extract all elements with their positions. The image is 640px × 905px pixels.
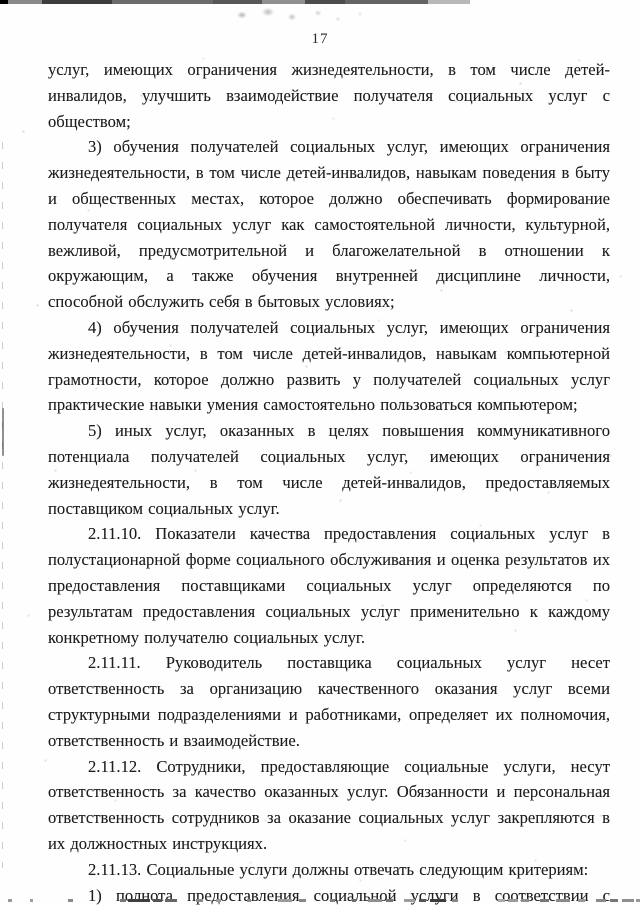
paragraph-clause-2-11-12: 2.11.12. Сотрудники, предоставляющие соц… [48, 754, 610, 857]
scan-artifact-dash [452, 899, 458, 902]
scan-artifact-dash [430, 899, 446, 902]
paragraph-clause-2-11-13: 2.11.13. Социальные услуги должны отвеча… [48, 857, 610, 883]
scan-artifact-dash [610, 899, 618, 902]
scan-artifact-left-margin-dashes [2, 142, 3, 868]
scan-artifact-pencil-smudge [220, 4, 370, 28]
paragraph-clause-2-11-11: 2.11.11. Руководитель поставщика социаль… [48, 650, 610, 753]
scan-artifact-dash [404, 899, 415, 902]
paragraph-item-4: 4) обучения получателей социальных услуг… [48, 315, 610, 418]
scan-artifact-dash [30, 899, 33, 902]
paragraph-continuation: услуг, имеющих ограничения жизнедеятельн… [48, 57, 610, 134]
scan-artifact-dash [352, 899, 356, 902]
scan-artifact-dash [386, 899, 393, 902]
paragraph-clause-2-11-10: 2.11.10. Показатели качества предоставле… [48, 521, 610, 650]
scan-artifact-dash [636, 899, 640, 902]
scan-artifact-dash [556, 899, 570, 902]
scan-artifact-dash [216, 899, 221, 902]
scanned-document-page: 17 услуг, имеющих ограничения жизнедеяте… [0, 0, 640, 905]
scan-artifact-dash [521, 899, 529, 902]
scan-artifact-dash [120, 899, 126, 902]
scan-artifact-left-margin-mark [2, 408, 4, 456]
scan-artifact-dash [622, 899, 634, 902]
scan-artifact-dash [68, 899, 73, 902]
scan-artifact-dash [578, 899, 585, 902]
scan-artifact-dash [278, 899, 292, 902]
document-body: услуг, имеющих ограничения жизнедеятельн… [48, 57, 610, 905]
scan-artifact-dash [596, 899, 606, 902]
scan-artifact-dash [540, 899, 549, 902]
scan-artifact-bottom-cropped-text [0, 897, 640, 904]
scan-artifact-dash [165, 899, 177, 902]
scan-artifact-dash [153, 899, 162, 902]
scan-artifact-dash [368, 899, 382, 902]
scan-artifact-dash [299, 899, 306, 902]
scan-artifact-dash [8, 899, 12, 902]
scan-artifact-dash [247, 899, 251, 902]
scan-artifact-dash [128, 899, 150, 902]
scan-artifact-dash [498, 899, 505, 902]
scan-artifact-dash [330, 899, 335, 902]
scan-artifact-dash [196, 899, 203, 902]
scan-artifact-dash [508, 899, 518, 902]
paragraph-item-5: 5) иных услуг, оказанных в целях повышен… [48, 418, 610, 521]
page-number: 17 [0, 31, 640, 48]
scan-artifact-dash [419, 899, 426, 902]
paragraph-item-3: 3) обучения получателей социальных услуг… [48, 134, 610, 315]
